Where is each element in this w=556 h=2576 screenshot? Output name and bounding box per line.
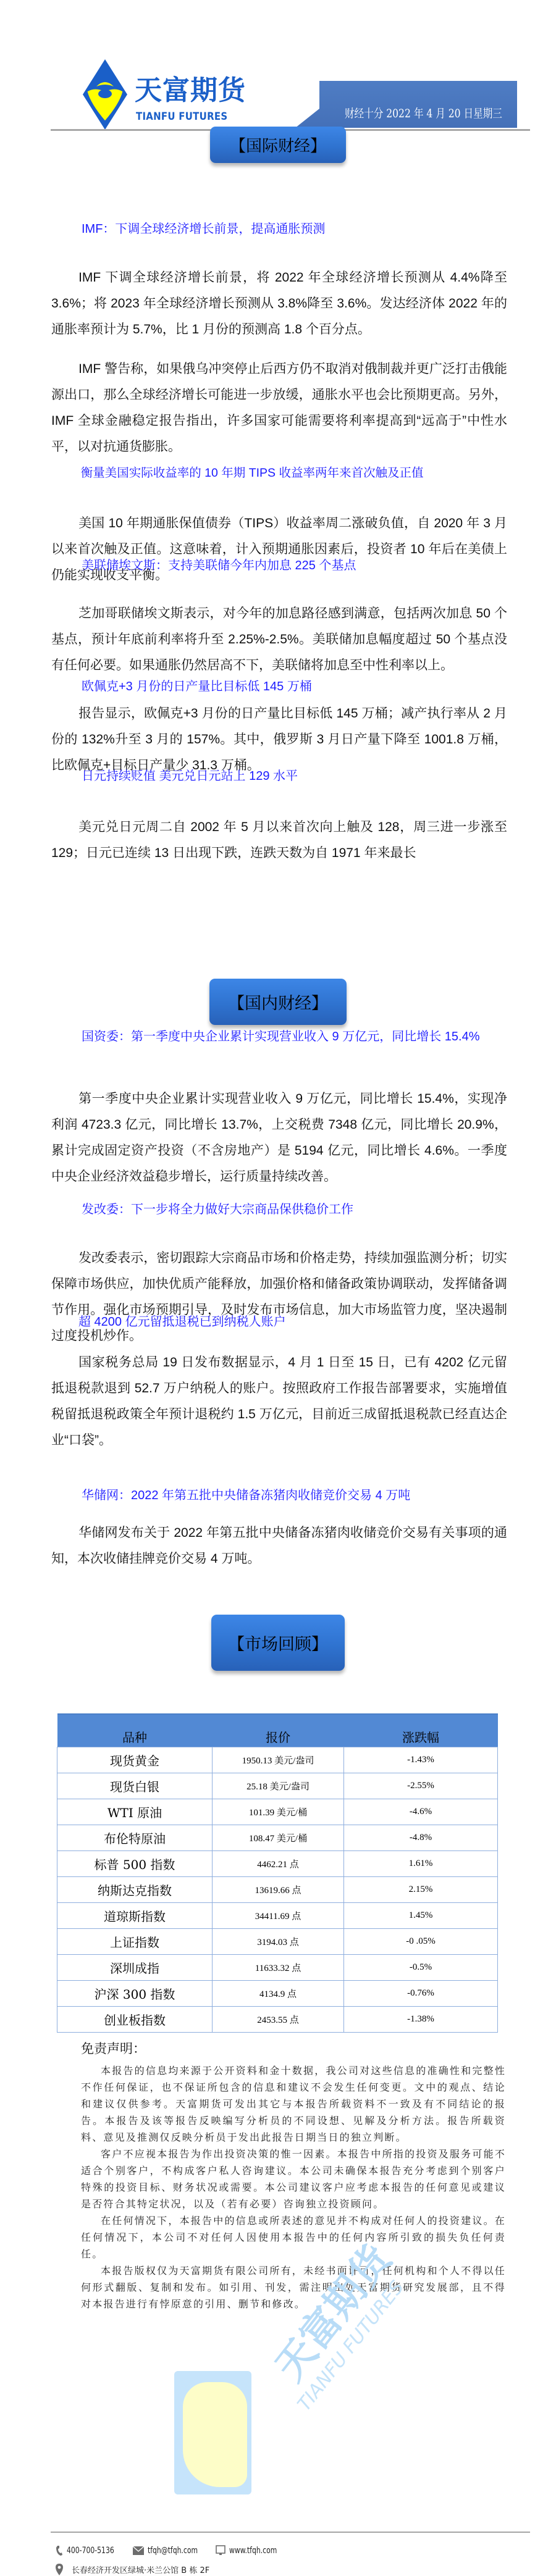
table-row: 现货黄金 1950.13 美元/盎司 -1.43% [57,1747,498,1773]
section-header-international: 【国际财经】 [210,127,346,163]
paragraph: 美元兑日元周二自 2002 年 5 月以来首次向上触及 128，周三进一步涨至 … [51,814,507,866]
footer-phone: 400-700-5136 [67,2546,114,2556]
article-tax: 超 4200 亿元留抵退税已到纳税人账户 [51,1313,507,1331]
article-tips-body: 美国 10 年期通胀保值债券（TIPS）收益率周二涨破负值，自 2020 年 3… [51,511,507,588]
cell-price: 13619.66 点 [213,1877,344,1903]
report-date: 财经十分 2022 年 4 月 20 日星期三 [345,106,502,122]
footer-email[interactable]: tfqh@tfqh.com [148,2546,198,2556]
paragraph: 第一季度中央企业累计实现营业收入 9 万亿元，同比增长 15.4%，实现净利润 … [51,1086,507,1190]
article-ndrc: 发改委：下一步将全力做好大宗商品保供稳价工作 [51,1201,507,1218]
cell-change: 1.45% [344,1903,498,1929]
cell-change: -4.6% [344,1799,498,1825]
cell-change: 2.15% [344,1877,498,1903]
address-row: 长春经济开发区绿城·米兰公馆 B 栋 2F [56,2564,209,2575]
cell-price: 4462.21 点 [213,1851,344,1877]
footer-website[interactable]: www.tfqh.com [229,2546,277,2556]
cell-change: 1.61% [344,1851,498,1877]
cell-instrument: 深圳成指 [57,1955,213,1981]
cell-change: -2.55% [344,1773,498,1799]
table-row: WTI 原油 101.39 美元/桶 -4.6% [57,1799,498,1825]
date-banner: 财经十分 2022 年 4 月 20 日星期三 [295,81,517,128]
email-icon [133,2546,144,2556]
paragraph: 发改委表示，密切跟踪大宗商品市场和价格走势，持续加强监测分析；切实保障市场供应，… [51,1245,507,1349]
table-header-row: 品种 报价 涨跌幅 [57,1714,498,1747]
footer-address: 长春经济开发区绿城·米兰公馆 B 栋 2F [72,2564,209,2575]
headline: 华储网：2022 年第五批中央储备冻猪肉收储竞价交易 4 万吨 [51,1487,507,1504]
cell-price: 101.39 美元/桶 [213,1799,344,1825]
headline: 日元持续贬值 美元兑日元站上 129 水平 [51,767,507,785]
cell-price: 25.18 美元/盎司 [213,1773,344,1799]
article-sasac-body: 第一季度中央企业累计实现营业收入 9 万亿元，同比增长 15.4%，实现净利润 … [51,1086,507,1190]
article-imf-body: IMF 下调全球经济增长前景，将 2022 年全球经济增长预测从 4.4%降至 … [51,265,507,343]
cell-change: -4.8% [344,1825,498,1851]
cell-change: -1.43% [344,1747,498,1773]
cell-instrument: 沪深 300 指数 [57,1981,213,2007]
article-yen-body: 美元兑日元周二自 2002 年 5 月以来首次向上触及 128，周三进一步涨至 … [51,814,507,866]
logo-text-cn: 天富期货 [135,75,246,106]
cell-instrument: 布伦特原油 [57,1825,213,1851]
table-row: 道琼斯指数 34411.69 点 1.45% [57,1903,498,1929]
phone-icon [56,2545,63,2556]
article-tax-body: 国家税务总局 19 日发布数据显示，4 月 1 日至 15 日，已有 4202 … [51,1350,507,1453]
cell-instrument: WTI 原油 [57,1799,213,1825]
disclaimer-title: 免责声明： [81,2039,146,2057]
cell-price: 3194.03 点 [213,1929,344,1955]
cell-price: 1950.13 美元/盎司 [213,1747,344,1773]
cell-price: 34411.69 点 [213,1903,344,1929]
headline: 衡量美国实际收益率的 10 年期 TIPS 收益率两年来首次触及正值 [51,464,507,482]
logo-text-en: TIANFU FUTURES [136,110,227,123]
cell-instrument: 现货黄金 [57,1747,213,1773]
table-row: 沪深 300 指数 4134.9 点 -0.76% [57,1981,498,2007]
market-table: 品种 报价 涨跌幅 现货黄金 1950.13 美元/盎司 -1.43% 现货白银… [57,1713,498,2033]
cell-instrument: 道琼斯指数 [57,1903,213,1929]
cell-change: -0.76% [344,1981,498,2007]
headline: 美联储埃文斯：支持美联储今年内加息 225 个基点 [51,557,507,574]
watermark-logo-yellow [183,2382,247,2487]
article-evans-body: 芝加哥联储埃文斯表示，对今年的加息路径感到满意，包括两次加息 50 个基点，预计… [51,601,507,679]
paragraph: 华储网发布关于 2022 年第五批中央储备冻猪肉收储竞价交易有关事项的通知，本次… [51,1520,507,1572]
headline: IMF：下调全球经济增长前景，提高通胀预测 [51,220,507,238]
article-sasac: 国资委：第一季度中央企业累计实现营业收入 9 万亿元，同比增长 15.4% [51,1024,507,1050]
location-pin-icon [56,2564,63,2575]
logo-diamond-icon [83,59,127,130]
section-header-market: 【市场回顾】 [211,1615,345,1671]
headline: 国资委：第一季度中央企业累计实现营业收入 9 万亿元，同比增长 15.4% [51,1024,507,1050]
monitor-icon [216,2545,225,2556]
headline: 超 4200 亿元留抵退税已到纳税人账户 [51,1313,507,1331]
table-row: 现货白银 25.18 美元/盎司 -2.55% [57,1773,498,1799]
disclaimer-paragraph: 客户不应视本报告为作出投资决策的惟一因素。本报告中所指的投资及服务可能不适合个别… [81,2146,506,2212]
disclaimer-paragraph: 在任何情况下，本报告中的信息或所表述的意见并不构成对任何人的投资建议。在任何情况… [81,2212,506,2262]
table-row: 标普 500 指数 4462.21 点 1.61% [57,1851,498,1877]
cell-price: 2453.55 点 [213,2007,344,2033]
paragraph: 国家税务总局 19 日发布数据显示，4 月 1 日至 15 日，已有 4202 … [51,1350,507,1453]
cell-price: 11633.32 点 [213,1955,344,1981]
table-row: 创业板指数 2453.55 点 -1.38% [57,2007,498,2033]
article-opec: 欧佩克+3 月份的日产量比目标低 145 万桶 [51,678,507,695]
cell-change: -1.38% [344,2007,498,2033]
paragraph: IMF 下调全球经济增长前景，将 2022 年全球经济增长预测从 4.4%降至 … [51,265,507,343]
disclaimer-paragraph: 本报告版权仅为天富期货有限公司所有，未经书面许可，任何机构和个人不得以任何形式翻… [81,2262,506,2312]
article-pork-paragraph-main: 华储网发布关于 2022 年第五批中央储备冻猪肉收储竞价交易有关事项的通知，本次… [51,1520,507,1572]
cell-price: 4134.9 点 [213,1981,344,2007]
cell-instrument: 创业板指数 [57,2007,213,2033]
column-header: 报价 [213,1714,344,1747]
cell-instrument: 纳斯达克指数 [57,1877,213,1903]
table-row: 上证指数 3194.03 点 -0 .05% [57,1929,498,1955]
footer-divider [51,2532,530,2533]
cell-change: -0 .05% [344,1929,498,1955]
article-ndrc-body: 发改委表示，密切跟踪大宗商品市场和价格走势，持续加强监测分析；切实保障市场供应，… [51,1245,507,1349]
section-header-domestic: 【国内财经】 [209,979,347,1025]
cell-change: -0.5% [344,1955,498,1981]
disclaimer-paragraph: 本报告的信息均来源于公开资料和金十数据，我公司对这些信息的准确性和完整性不作任何… [81,2062,506,2146]
cell-instrument: 上证指数 [57,1929,213,1955]
cell-instrument: 标普 500 指数 [57,1851,213,1877]
column-header: 品种 [57,1714,213,1747]
article-imf-body-2: IMF 警告称，如果俄乌冲突停止后西方仍不取消对俄制裁并更广泛打击俄能源出口，那… [51,356,507,460]
article-yen: 日元持续贬值 美元兑日元站上 129 水平 [51,767,507,785]
cell-price: 108.47 美元/桶 [213,1825,344,1851]
table-row: 纳斯达克指数 13619.66 点 2.15% [57,1877,498,1903]
table-row: 布伦特原油 108.47 美元/桶 -4.8% [57,1825,498,1851]
headline: 欧佩克+3 月份的日产量比目标低 145 万桶 [51,678,507,695]
article-tips: 衡量美国实际收益率的 10 年期 TIPS 收益率两年来首次触及正值 [51,464,507,482]
paragraph: 芝加哥联储埃文斯表示，对今年的加息路径感到满意，包括两次加息 50 个基点，预计… [51,601,507,679]
article-imf: IMF：下调全球经济增长前景，提高通胀预测 [51,220,507,238]
table-row: 深圳成指 11633.32 点 -0.5% [57,1955,498,1981]
contact-row: 400-700-5136 tfqh@tfqh.com www.tfqh.com [56,2545,285,2556]
article-pork: 华储网：2022 年第五批中央储备冻猪肉收储竞价交易 4 万吨 [51,1487,507,1504]
headline: 发改委：下一步将全力做好大宗商品保供稳价工作 [51,1201,507,1218]
paragraph: 美国 10 年期通胀保值债券（TIPS）收益率周二涨破负值，自 2020 年 3… [51,511,507,588]
paragraph: IMF 警告称，如果俄乌冲突停止后西方仍不取消对俄制裁并更广泛打击俄能源出口，那… [51,356,507,460]
disclaimer-body: 本报告的信息均来源于公开资料和金十数据，我公司对这些信息的准确性和完整性不作任何… [81,2062,506,2312]
column-header: 涨跌幅 [344,1714,498,1747]
cell-instrument: 现货白银 [57,1773,213,1799]
article-evans: 美联储埃文斯：支持美联储今年内加息 225 个基点 [51,557,507,574]
